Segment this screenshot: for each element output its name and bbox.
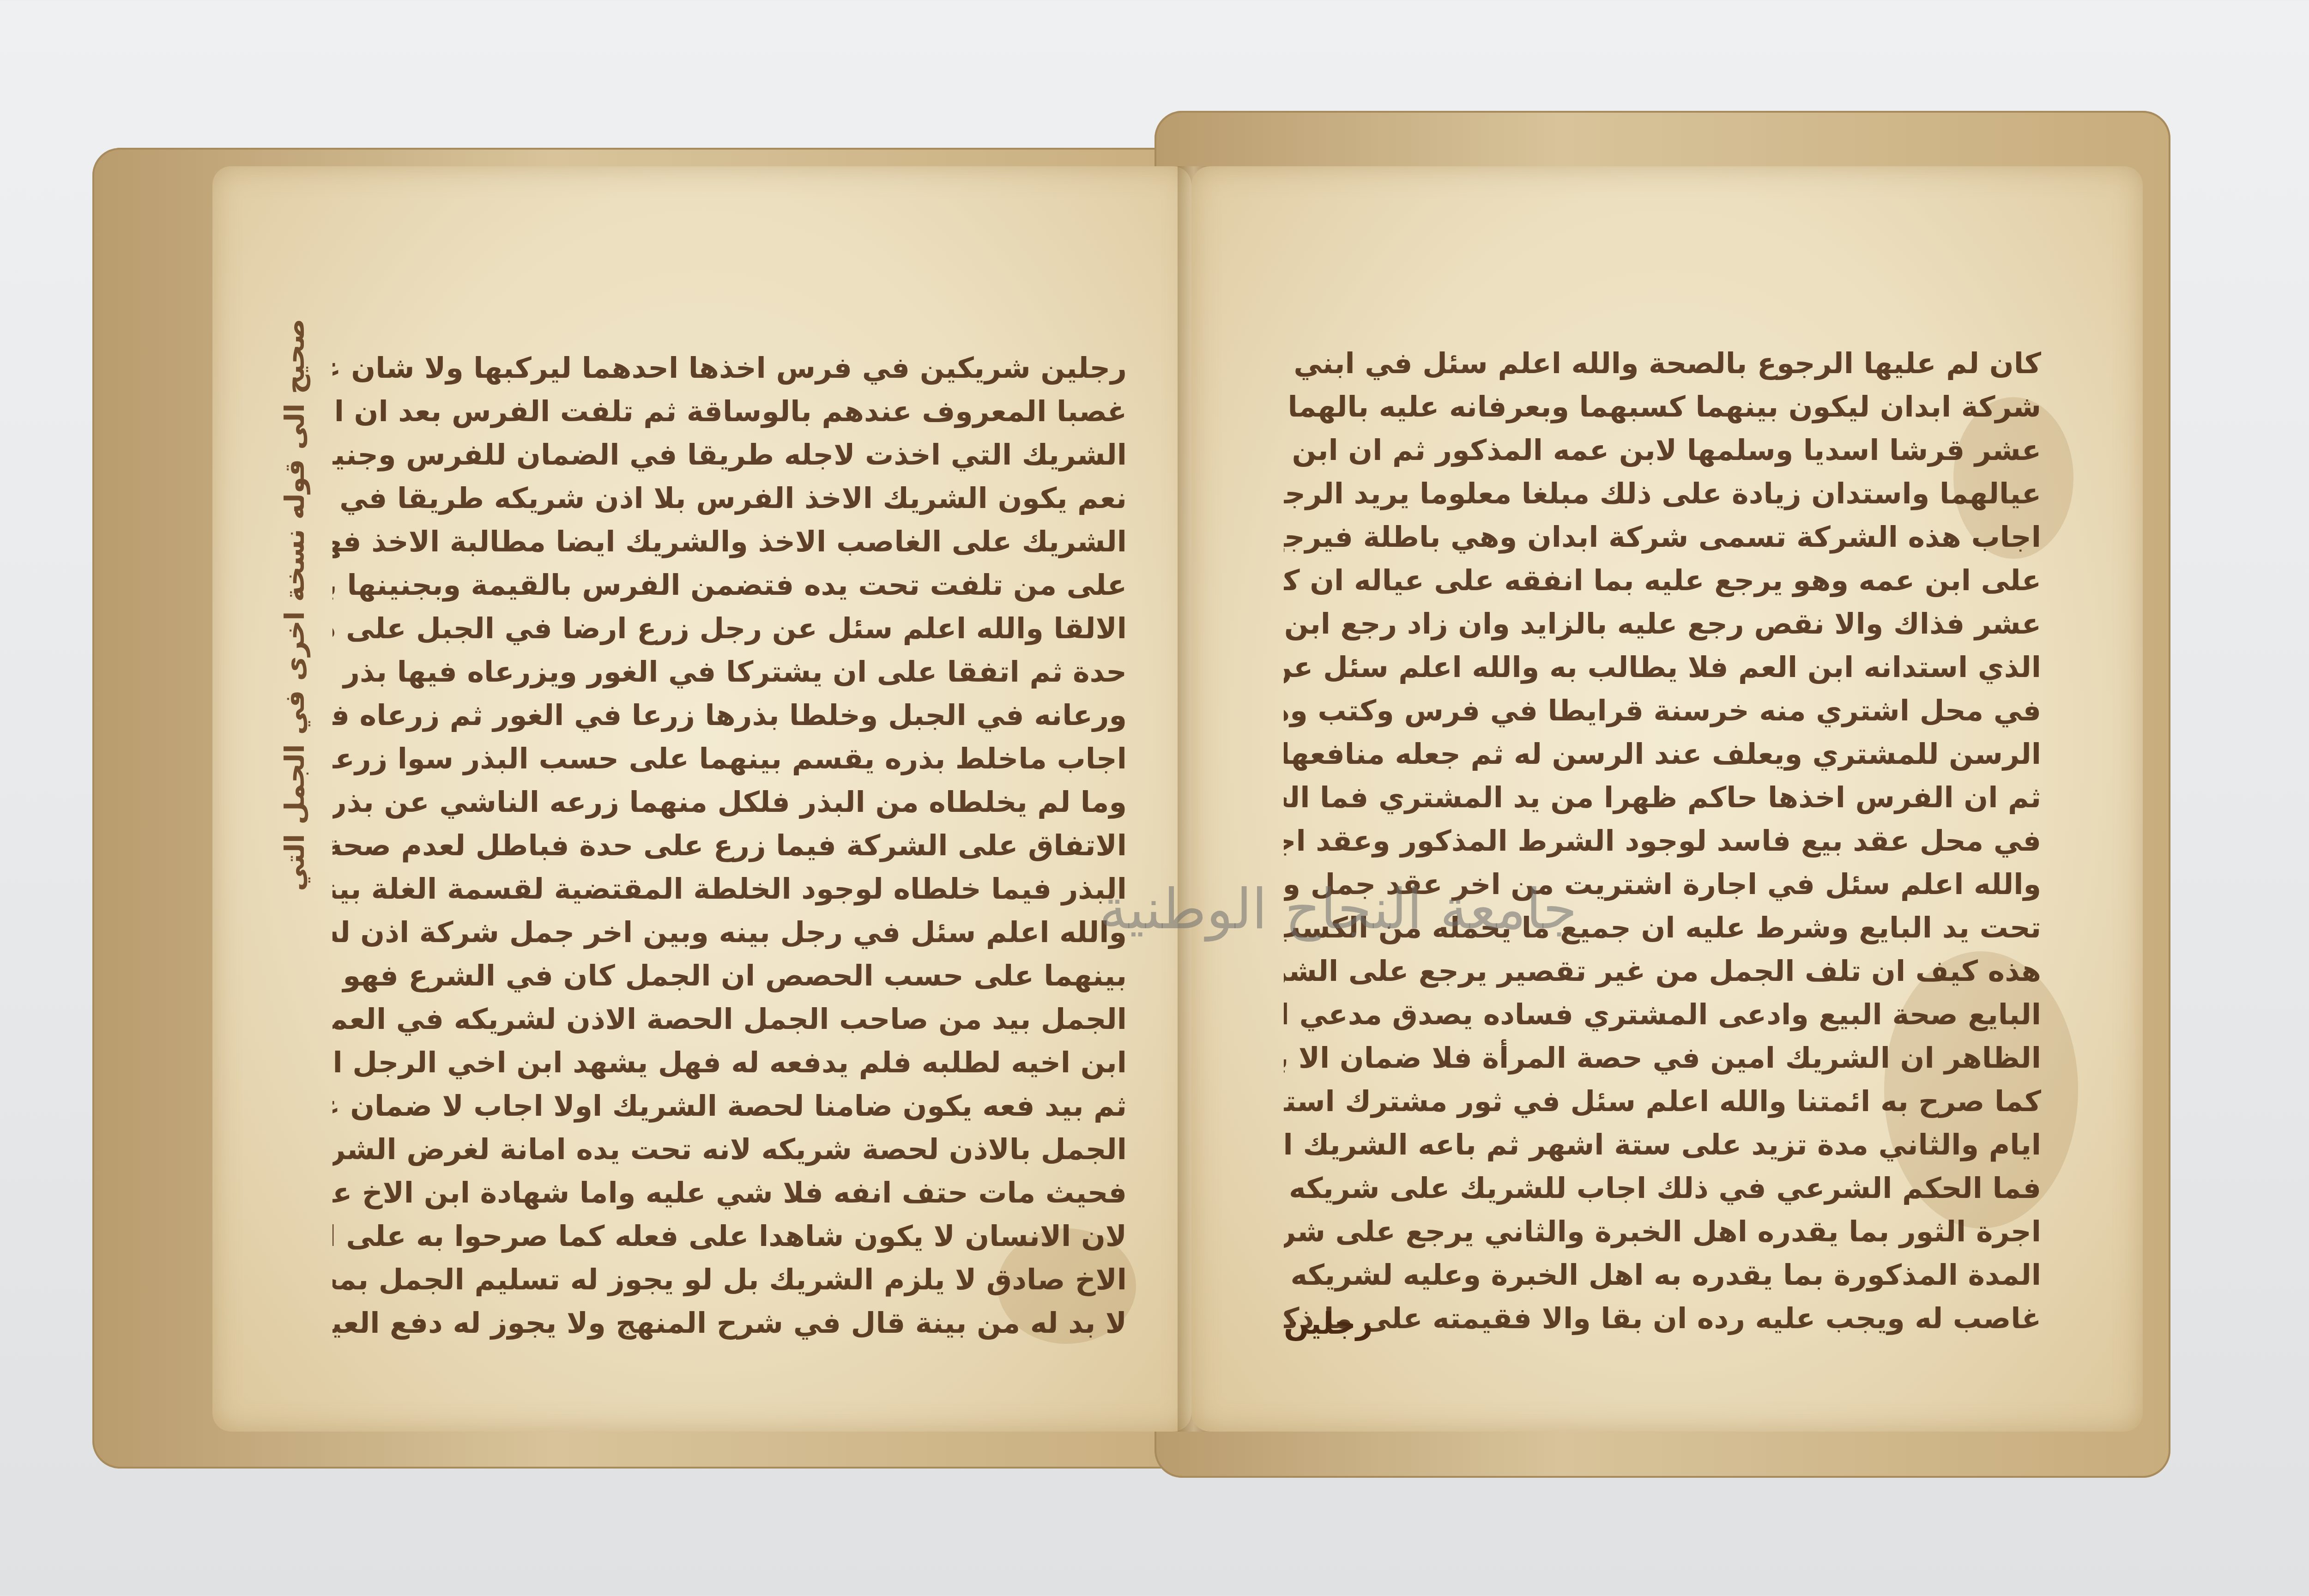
text-line: والله اعلم سئل في رجل بينه وبين اخر جمل … <box>332 911 1127 954</box>
watermark: جامعة النجاح الوطنية <box>1099 877 1577 942</box>
text-line: في محل اشتري منه خرسنة قرايطا في فرس وكت… <box>1284 689 2041 732</box>
text-line: الذي استدانه ابن العم فلا يطالب به والله… <box>1284 646 2041 689</box>
text-line: ثم ان الفرس اخذها حاكم ظهرا من يد المشتر… <box>1284 776 2041 819</box>
text-line: الاتفاق على الشركة فيما زرع على حدة فباط… <box>332 824 1127 867</box>
text-line: الرسن للمشتري ويعلف عند الرسن له ثم جعله… <box>1284 732 2041 776</box>
text-line: الظاهر ان الشريك امين في حصة المرأة فلا … <box>1284 1036 2041 1080</box>
text-line: في محل عقد بيع فاسد لوجود الشرط المذكور … <box>1284 819 2041 863</box>
text-line: الجمل بالاذن لحصة شريكه لانه تحت يده اما… <box>332 1128 1127 1171</box>
text-line: الالقا والله اعلم سئل عن رجل زرع ارضا في… <box>332 607 1127 650</box>
text-line: على ابن عمه وهو يرجع عليه بما انفقه على … <box>1284 559 2041 602</box>
text-line: نعم يكون الشريك الاخذ الفرس بلا اذن شريك… <box>332 477 1127 520</box>
right-page-text: كان لم عليها الرجوع بالصحة والله اعلم سئ… <box>1284 342 2041 1340</box>
text-line: اجرة الثور بما يقدره اهل الخبرة والثاني … <box>1284 1210 2041 1253</box>
text-line: غصبا المعروف عندهم بالوساقة ثم تلفت الفر… <box>332 390 1127 433</box>
text-line: كان لم عليها الرجوع بالصحة والله اعلم سئ… <box>1284 342 2041 385</box>
catchword: رجلين <box>1284 1307 1373 1341</box>
text-line: الشريك على الغاصب الاخذ والشريك ايضا مطا… <box>332 520 1127 563</box>
right-page: كان لم عليها الرجوع بالصحة والله اعلم سئ… <box>1191 166 2143 1432</box>
text-line: فحيث مات حتف انفه فلا شي عليه واما شهادة… <box>332 1171 1127 1215</box>
text-line: حدة ثم اتفقا على ان يشتركا في الغور ويزر… <box>332 650 1127 694</box>
text-line: اجاب ماخلط بذره يقسم بينهما على حسب البذ… <box>332 737 1127 780</box>
text-line: على من تلفت تحت يده فتضمن الفرس بالقيمة … <box>332 563 1127 607</box>
text-line: عشر فذاك والا نقص رجع عليه بالزايد وان ز… <box>1284 602 2041 646</box>
text-line: وما لم يخلطاه من البذر فلكل منهما زرعه ا… <box>332 780 1127 824</box>
text-line: ثم بيد فعه يكون ضامنا لحصة الشريك اولا ا… <box>332 1084 1127 1128</box>
text-line: بينهما على حسب الحصص ان الجمل كان في الش… <box>332 954 1127 997</box>
text-line: كما صرح به ائمتنا والله اعلم سئل في ثور … <box>1284 1080 2041 1123</box>
text-line: هذه كيف ان تلف الجمل من غير تقصير يرجع ع… <box>1284 949 2041 993</box>
text-line: الجمل بيد من صاحب الجمل الحصة الاذن لشري… <box>332 997 1127 1041</box>
text-line: فما الحكم الشرعي في ذلك اجاب للشريك على … <box>1284 1167 2041 1210</box>
text-line: شركة ابدان ليكون بينهما كسبهما وبعرفانه … <box>1284 385 2041 429</box>
text-line: لا بد له من بينة قال في شرح المنهج ولا ي… <box>332 1301 1127 1345</box>
text-line: البايع صحة البيع وادعى المشتري فساده يصد… <box>1284 993 2041 1036</box>
text-line: عشر قرشا اسديا وسلمها لابن عمه المذكور ث… <box>1284 429 2041 472</box>
text-line: اجاب هذه الشركة تسمى شركة ابدان وهي باطل… <box>1284 515 2041 559</box>
text-line: المدة المذكورة بما يقدره به اهل الخبرة و… <box>1284 1253 2041 1297</box>
text-line: ابن اخيه لطلبه فلم يدفعه له فهل يشهد ابن… <box>332 1041 1127 1084</box>
text-line: الشريك التي اخذت لاجله طريقا في الضمان ل… <box>332 433 1127 477</box>
left-page: صحيح الى قوله نسخة اخرى في الجمل التي رج… <box>212 166 1191 1432</box>
text-line: رجلين شريكين في فرس اخذها احدهما ليركبها… <box>332 346 1127 390</box>
text-line: لان الانسان لا يكون شاهدا على فعله كما ص… <box>332 1215 1127 1258</box>
text-line: البذر فيما خلطاه لوجود الخلطة المقتضية ل… <box>332 867 1127 911</box>
text-line: الاخ صادق لا يلزم الشريك بل لو يجوز له ت… <box>332 1258 1127 1301</box>
text-line: عيالهما واستدان زيادة على ذلك مبلغا معلو… <box>1284 472 2041 515</box>
text-line: ايام والثاني مدة تزيد على ستة اشهر ثم با… <box>1284 1123 2041 1167</box>
left-page-text: رجلين شريكين في فرس اخذها احدهما ليركبها… <box>332 346 1127 1345</box>
text-line: غاصب له ويجب عليه رده ان بقا والا فقيمته… <box>1284 1297 2041 1340</box>
open-manuscript: صحيح الى قوله نسخة اخرى في الجمل التي رج… <box>92 111 2170 1487</box>
text-line: ورعانه في الجبل وخلطا بذرها زرعا في الغو… <box>332 694 1127 737</box>
